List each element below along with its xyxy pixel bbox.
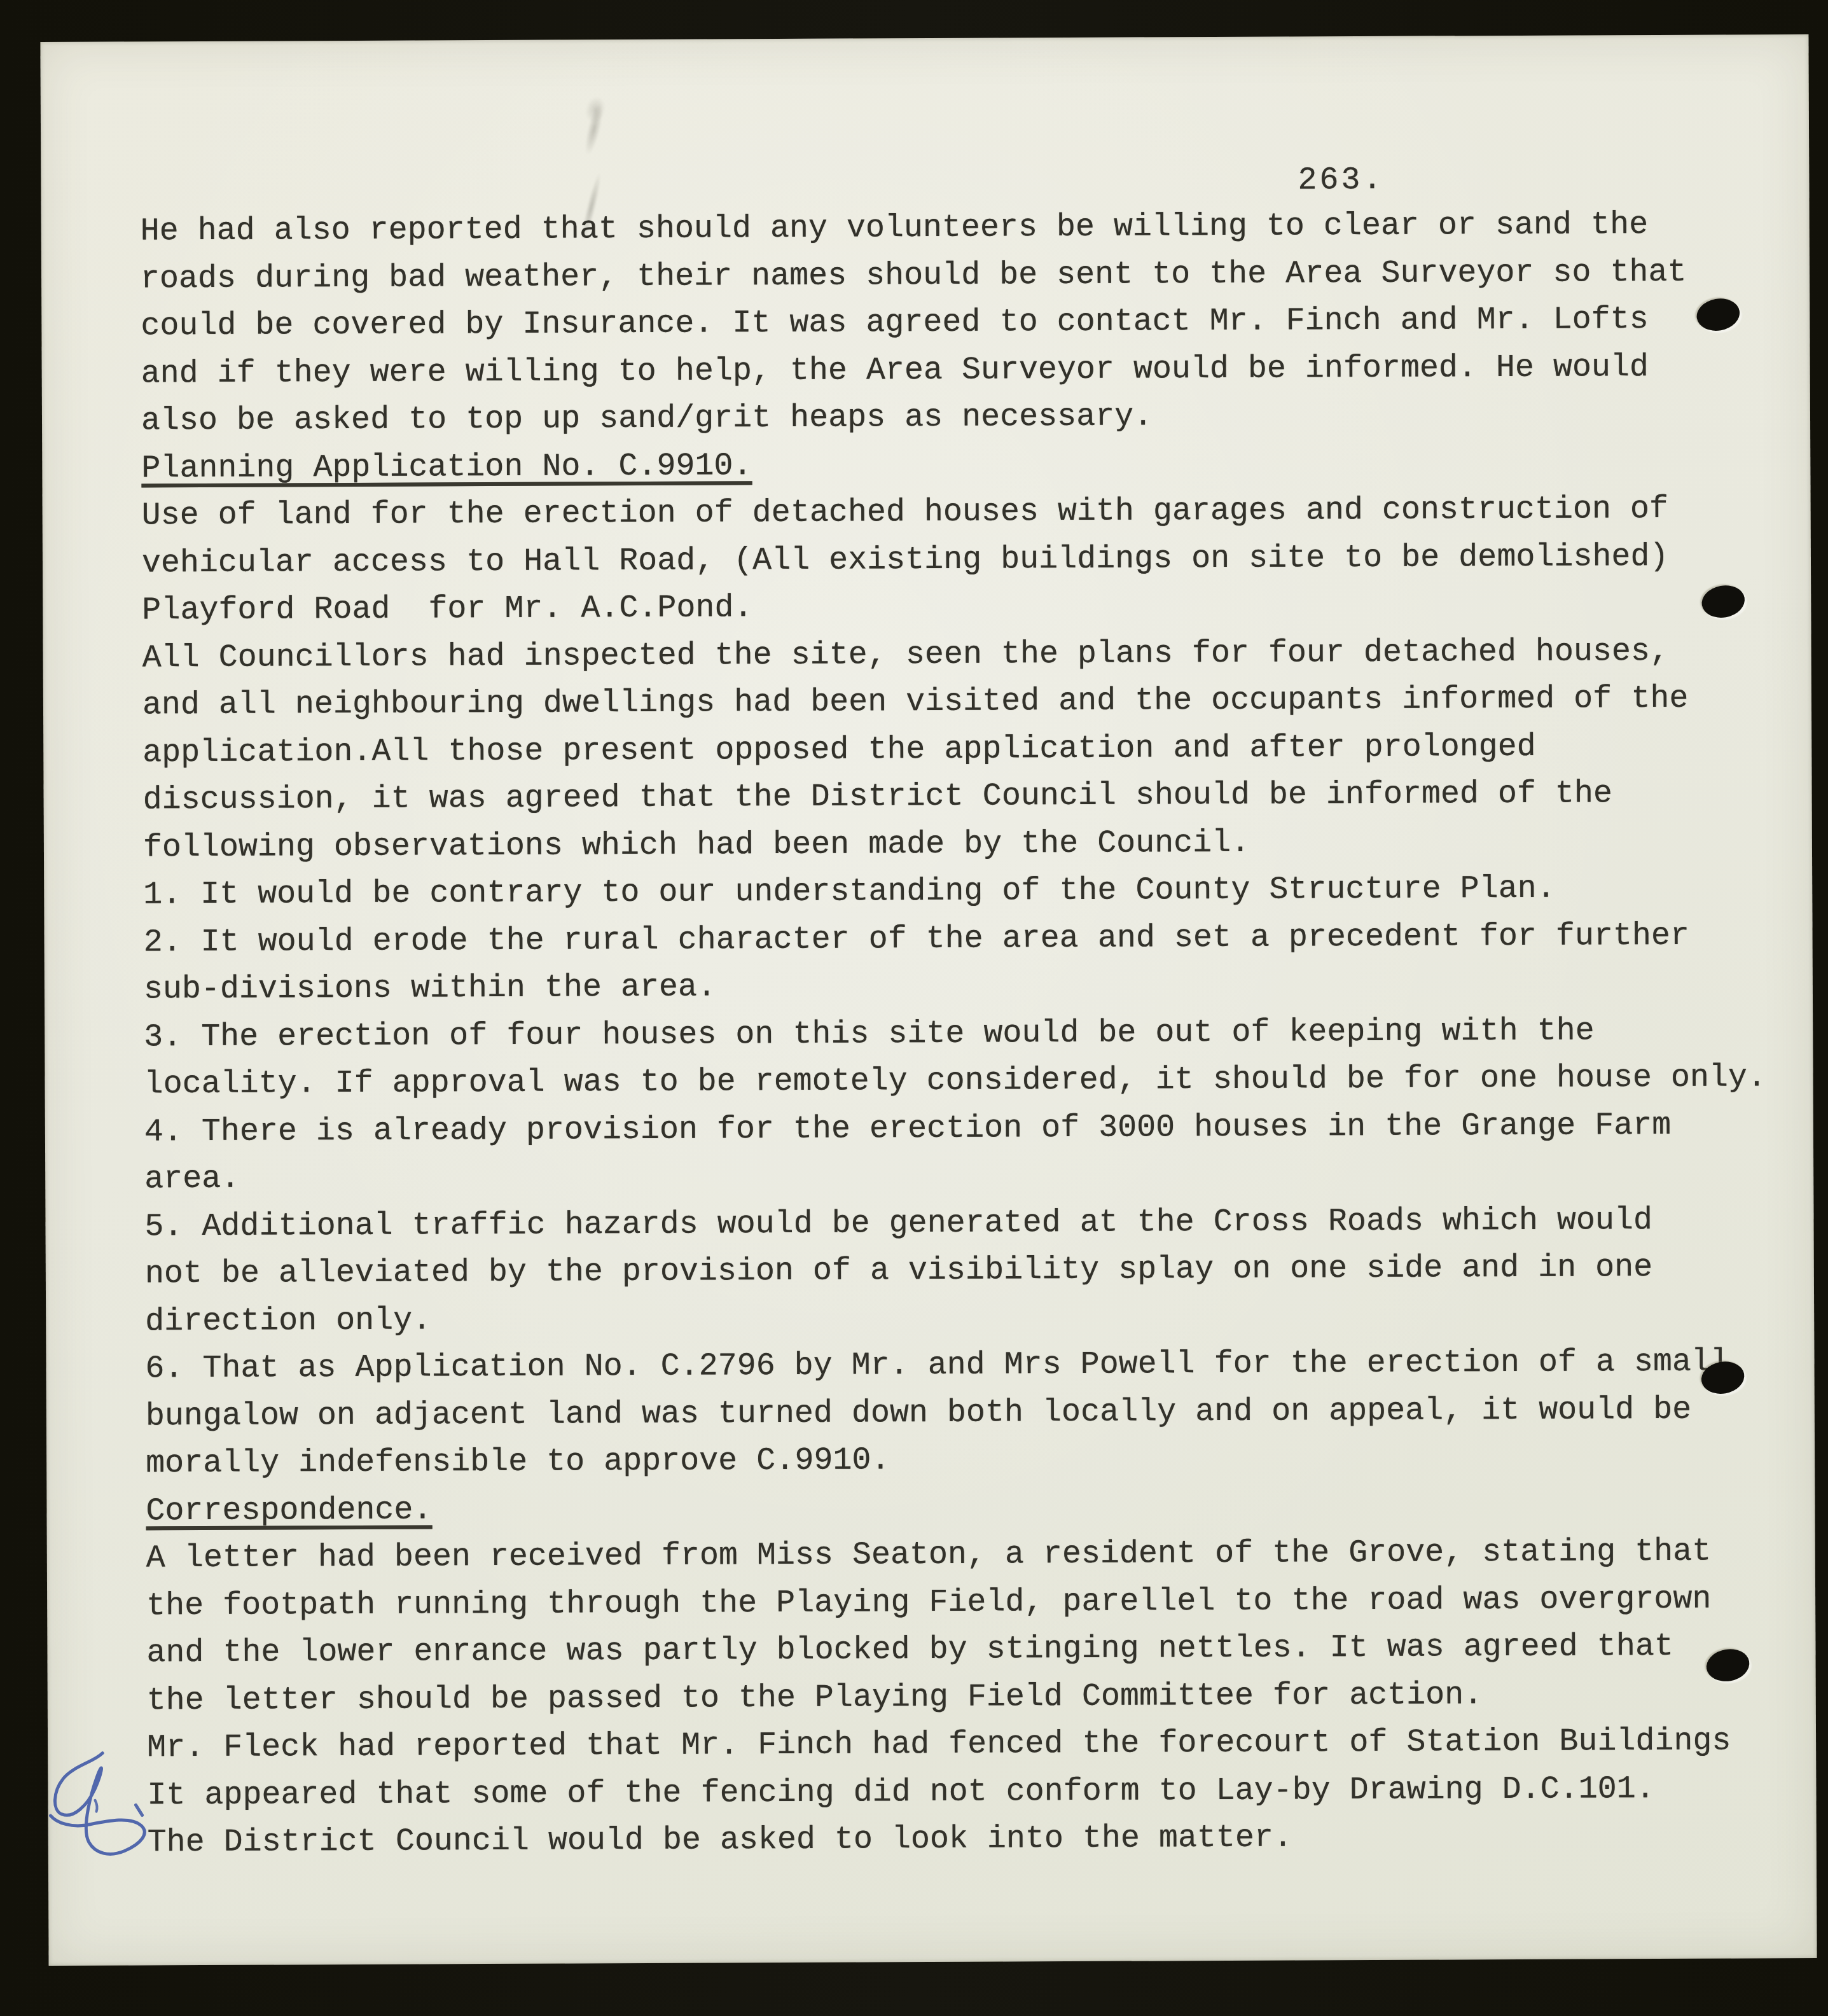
text-line: morally indefensible to approve C.9910. [146,1433,1812,1488]
document-text: He had also reported that should any vol… [141,201,1814,1867]
text-line: Correspondence. [146,1480,1812,1535]
text-line: Mr. Fleck had reported that Mr. Finch ha… [147,1718,1813,1772]
text-line: Use of land for the erection of detached… [142,485,1808,540]
document-page: 263. He had also reported that should an… [40,34,1817,1966]
text-line: bungalow on adjacent land was turned dow… [146,1386,1812,1440]
text-line: 6. That as Application No. C.2796 by Mr.… [145,1338,1811,1393]
text-line: vehicular access to Hall Road, (All exis… [142,532,1808,587]
text-line: following observations which had been ma… [143,817,1810,872]
text-line: He had also reported that should any vol… [141,201,1807,256]
text-line: The District Council would be asked to l… [148,1812,1814,1867]
text-line: locality. If approval was to be remotely… [144,1054,1810,1109]
text-line: discussion, it was agreed that the Distr… [142,770,1809,824]
text-line: also be asked to top up sand/grit heaps … [141,391,1808,445]
text-line: All Councillors had inspected the site, … [142,627,1808,682]
text-line: area. [144,1149,1811,1204]
text-line: sub-divisions within the area. [144,959,1810,1014]
text-line: roads during bad weather, their names sh… [141,248,1807,303]
text-line: not be alleviated by the provision of a … [145,1244,1811,1298]
text-line: 5. Additional traffic hazards would be g… [144,1196,1811,1251]
text-line: application.All those present opposed th… [142,722,1809,777]
page-number: 263. [1298,158,1384,204]
text-line: Planning Application No. C.9910. [141,438,1808,492]
text-line: 2. It would erode the rural character of… [143,912,1810,966]
text-line: and if they were willing to help, the Ar… [141,343,1808,398]
text-line: could be covered by Insurance. It was ag… [141,296,1807,351]
pen-scribble [48,1739,182,1905]
text-line: direction only. [145,1291,1811,1345]
text-line: 4. There is already provision for the er… [144,1101,1811,1156]
text-line: It appeared that some of the fencing did… [147,1765,1813,1819]
text-line: the footpath running through the Playing… [146,1575,1813,1630]
text-line: 3. The erection of four houses on this s… [144,1006,1810,1061]
text-line: A letter had been received from Miss Sea… [146,1528,1813,1583]
text-line: 1. It would be contrary to our understan… [143,865,1810,919]
text-line: and the lower enrance was partly blocked… [146,1623,1813,1678]
text-line: and all neighbouring dwellings had been … [142,675,1809,730]
text-line: Playford Road for Mr. A.C.Pond. [142,580,1808,635]
text-line: the letter should be passed to the Playi… [147,1670,1813,1725]
